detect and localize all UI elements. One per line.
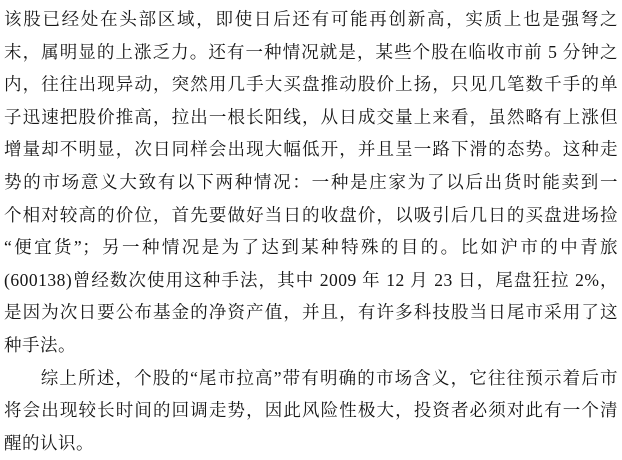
text-line: 该股已经处在头部区域，即使日后还有可能再创新高，实质上也是强弩之 bbox=[4, 3, 618, 36]
text-line-paragraph-end: 种手法。 bbox=[4, 329, 618, 362]
text-line-paragraph-end: 醒的认识。 bbox=[4, 427, 618, 460]
text-line: 末，属明显的上涨乏力。还有一种情况就是，某些个股在临收市前 5 分钟之 bbox=[4, 36, 618, 69]
text-line: 个相对较高的价位，首先要做好当日的收盘价，以吸引后几日的买盘进场捡 bbox=[4, 199, 618, 232]
text-line: 是因为次日要公布基金的净资产值，并且，有许多科技股当日尾市采用了这 bbox=[4, 296, 618, 329]
book-page: 该股已经处在头部区域，即使日后还有可能再创新高，实质上也是强弩之 末，属明显的上… bbox=[0, 0, 622, 460]
text-line: 子迅速把股价推高，拉出一根长阳线，从日成交量上来看，虽然略有上涨但 bbox=[4, 101, 618, 134]
text-line: 势的市场意义大致有以下两种情况：一种是庄家为了以后出货时能卖到一 bbox=[4, 166, 618, 199]
text-line: (600138)曾经数次使用这种手法，其中 2009 年 12 月 23 日，尾… bbox=[4, 264, 618, 297]
text-line: 将会出现较长时间的回调走势，因此风险性极大，投资者必须对此有一个清 bbox=[4, 394, 618, 427]
text-line: 内，往往出现异动，突然用几手大买盘推动股价上扬，只见几笔数千手的单 bbox=[4, 68, 618, 101]
text-line-paragraph-start: 综上所述，个股的“尾市拉高”带有明确的市场含义，它往往预示着后市 bbox=[4, 362, 618, 395]
text-line: 增量却不明显，次日同样会出现大幅低开，并且呈一路下滑的态势。这种走 bbox=[4, 133, 618, 166]
text-line: “便宜货”；另一种情况是为了达到某种特殊的目的。比如沪市的中青旅 bbox=[4, 231, 618, 264]
